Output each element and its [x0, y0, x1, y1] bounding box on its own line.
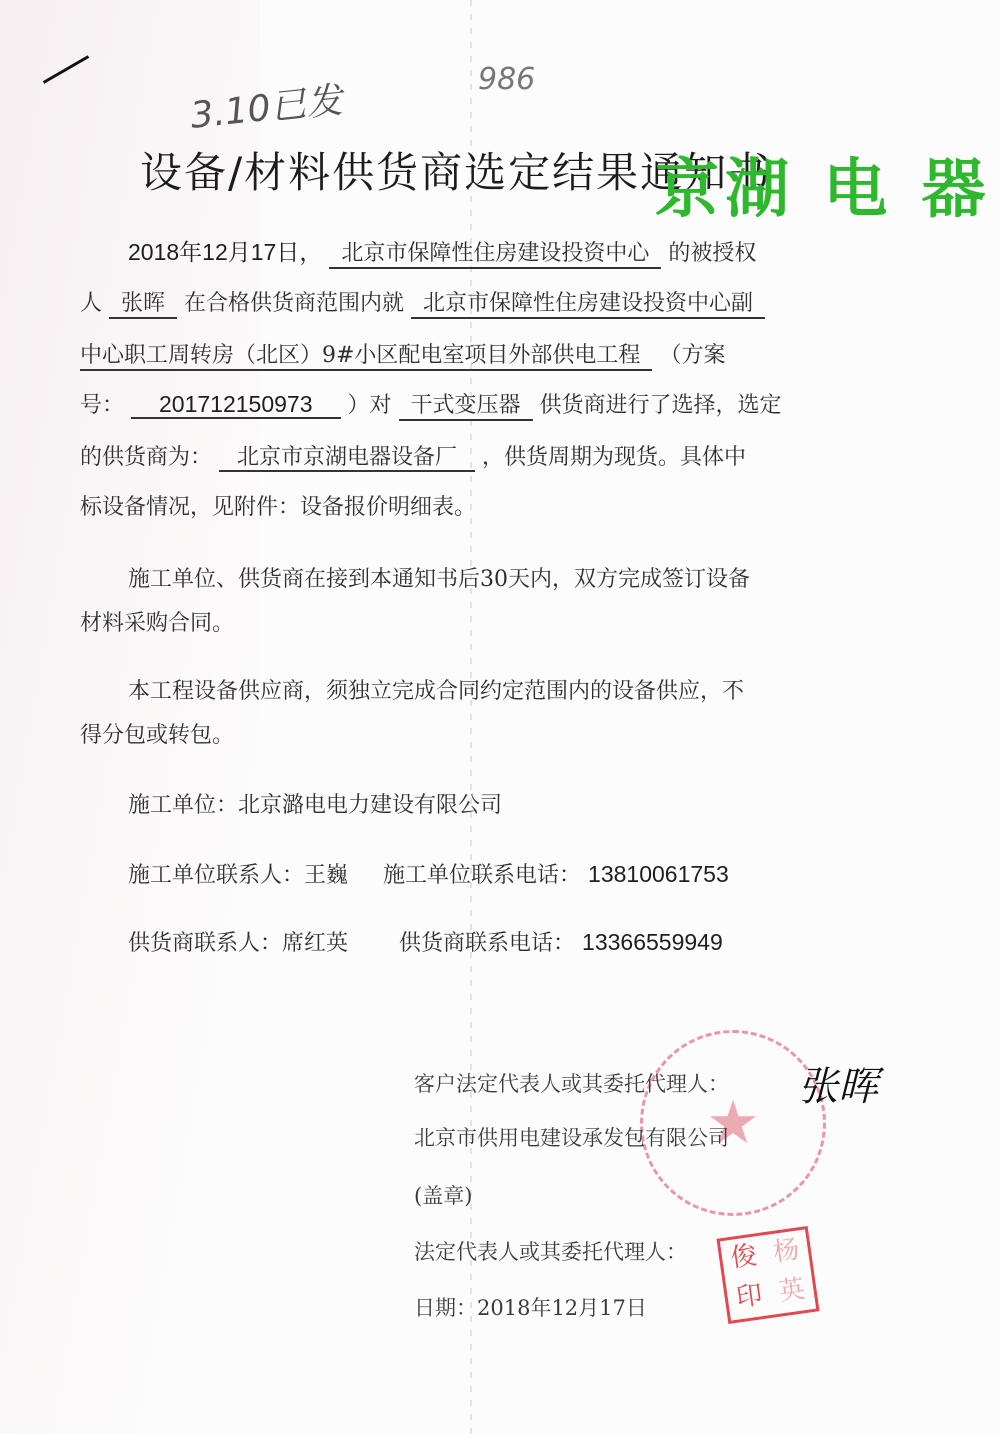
- text-scheme-open: （方案: [659, 343, 725, 368]
- project-name-part2: 中心职工周转房（北区）9#小区配电室项目外部供电工程: [80, 343, 652, 371]
- text-scheme-label: 号：: [80, 393, 124, 418]
- supplier-contact: 供货商联系人：席红英: [128, 931, 348, 956]
- text-supplier-label: 的供货商为：: [80, 445, 212, 470]
- seal-char: 印: [725, 1275, 773, 1321]
- para3-line1: 本工程设备供应商，须独立完成合同约定范围内的设备供应，不: [128, 674, 744, 705]
- contractor-phone-label: 施工单位联系电话：: [383, 863, 581, 888]
- text-scope: 在合格供货商范围内就: [184, 291, 404, 316]
- text-selection: 供货商进行了选择，选定: [540, 393, 782, 418]
- supplier-contact-row: 供货商联系人：席红英 供货商联系电话： 13366559949: [128, 926, 723, 957]
- para1-line2: 人 张晖 在合格供货商范围内就 北京市保障性住房建设投资中心副: [80, 286, 765, 317]
- contractor-unit: 施工单位：北京潞电电力建设有限公司: [128, 788, 502, 819]
- supplier-phone: 13366559949: [582, 929, 723, 955]
- equipment-type: 干式变压器: [399, 393, 533, 421]
- para1-line5: 的供货商为： 北京市京湖电器设备厂 ，供货周期为现货。具体中: [80, 440, 746, 471]
- client-rep-label: 客户法定代表人或其委托代理人：: [414, 1068, 729, 1098]
- para1-line4: 号： 201712150973 ）对 干式变压器 供货商进行了选择，选定: [80, 388, 782, 419]
- text-scheme-close: ）对: [348, 393, 392, 418]
- notice-date: 2018年12月17日，: [128, 239, 322, 265]
- seal-note: (盖章): [414, 1180, 472, 1210]
- contractor-contact: 施工单位联系人：王巍: [128, 863, 348, 888]
- contractor-contact-row: 施工单位联系人：王巍 施工单位联系电话： 13810061753: [128, 858, 729, 889]
- text-authorized: 的被授权: [668, 241, 756, 266]
- text-supply-period: ，供货周期为现货。具体中: [482, 445, 746, 470]
- para2-line2: 材料采购合同。: [80, 606, 234, 637]
- para1-line3: 中心职工周转房（北区）9#小区配电室项目外部供电工程 （方案: [80, 338, 725, 369]
- client-name: 北京市保障性住房建设投资中心: [329, 241, 661, 269]
- fold-crease: [470, 0, 472, 1434]
- seal-char: 杨: [762, 1229, 810, 1275]
- seal-char: 英: [768, 1269, 816, 1315]
- signing-date: 日期：2018年12月17日: [414, 1292, 647, 1322]
- contractor-phone: 13810061753: [588, 861, 729, 887]
- issuing-company: 北京市供用电建设承发包有限公司: [414, 1122, 729, 1152]
- text-person-prefix: 人: [80, 291, 102, 316]
- para1-line6: 标设备情况，见附件：设备报价明细表。: [80, 490, 476, 521]
- supplier-phone-label: 供货商联系电话：: [399, 931, 575, 956]
- para1-line1: 2018年12月17日， 北京市保障性住房建设投资中心 的被授权: [128, 234, 756, 267]
- pen-mark: [43, 55, 90, 84]
- para3-line2: 得分包或转包。: [80, 718, 234, 749]
- personal-square-seal: 俊 杨 印 英: [716, 1226, 819, 1324]
- handwritten-note-sent: 3.10已发: [188, 72, 345, 139]
- legal-rep-label: 法定代表人或其委托代理人：: [414, 1236, 687, 1266]
- project-name-part1: 北京市保障性住房建设投资中心副: [411, 291, 765, 319]
- selected-supplier: 北京市京湖电器设备厂: [219, 445, 475, 472]
- authorized-person: 张晖: [109, 291, 177, 319]
- paper-shading: [0, 0, 260, 1434]
- watermark-brand: 京湖 电 器: [655, 138, 992, 230]
- seal-char: 俊: [720, 1235, 768, 1281]
- client-rep-signature: 张晖: [798, 1055, 878, 1112]
- handwritten-note-number: 986: [478, 62, 535, 97]
- scheme-number: 201712150973: [131, 391, 341, 419]
- para2-line1: 施工单位、供货商在接到本通知书后30天内，双方完成签订设备: [128, 562, 750, 593]
